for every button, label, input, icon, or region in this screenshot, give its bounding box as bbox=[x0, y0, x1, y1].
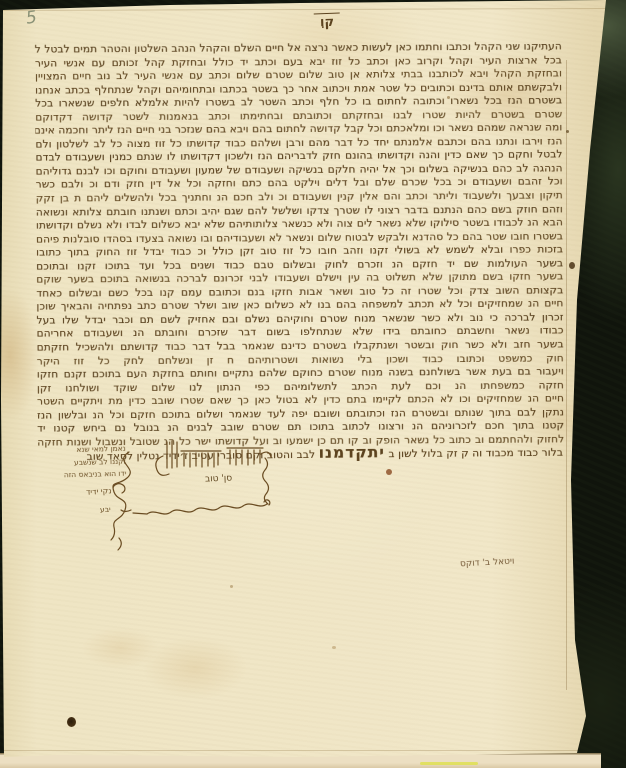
top-crease bbox=[0, 8, 606, 11]
manuscript-photo: 5 קו העתיקנו שני הקהל וכתבו וחתמו כאן לע… bbox=[0, 0, 626, 768]
signature-small-note: יבע bbox=[100, 505, 111, 515]
margin-note-line: ידו הוא בניבאס הזה bbox=[26, 468, 126, 483]
bottom-crease bbox=[0, 750, 590, 751]
bracket-vertical-wave bbox=[263, 458, 269, 504]
ink-blot bbox=[67, 717, 76, 727]
right-fold-line bbox=[566, 60, 567, 690]
ink-blot bbox=[569, 262, 575, 269]
ink-speck bbox=[566, 130, 569, 133]
manuscript-page: 5 קו העתיקנו שני הקהל וכתבו וחתמו כאן לע… bbox=[0, 0, 614, 760]
red-ink-dot bbox=[386, 469, 392, 475]
bracket-horizontal-wave bbox=[133, 504, 267, 514]
yellow-paper-sliver bbox=[420, 762, 478, 765]
pen-hatch-flourish bbox=[181, 451, 221, 467]
lower-name-docket: ויטאל ב' דוקס bbox=[460, 557, 515, 570]
header-abbreviation-mark: קו bbox=[314, 13, 341, 31]
pen-stroke-flourish bbox=[156, 441, 177, 475]
manuscript-text-block: העתיקנו שני הקהל וכתבו וחתמו כאן לעשות כ… bbox=[35, 40, 564, 450]
signature-boxed-text: סן' טוב bbox=[205, 474, 232, 485]
margin-note: נאמן למאי שנאזקננו לב שנשבעידו הוא בניבא… bbox=[26, 443, 127, 483]
signature-small-note: נקי ידיד bbox=[86, 486, 112, 497]
last-line-text: בלור כבוד מכבוד וה ק זק בלול לשון ב bbox=[388, 447, 563, 461]
pen-hatch-flourish bbox=[227, 448, 263, 465]
paper-speck bbox=[230, 585, 233, 588]
paper-speck bbox=[447, 96, 450, 99]
paper-speck bbox=[332, 646, 336, 649]
